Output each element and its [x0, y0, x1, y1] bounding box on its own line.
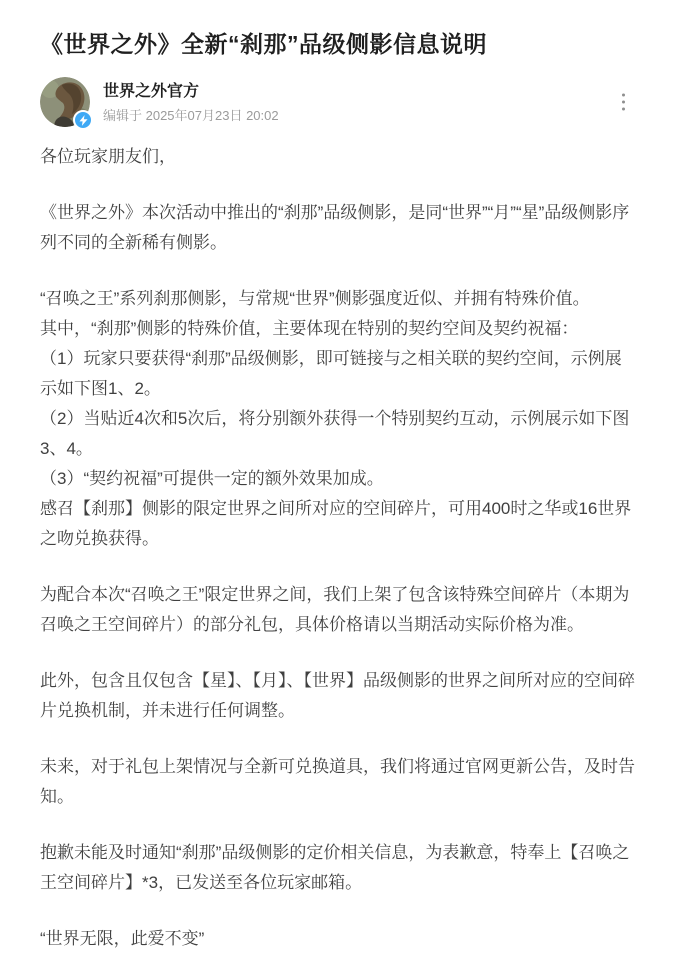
paragraph: 《世界之外》本次活动中推出的“刹那”品级侧影，是同“世界”“月”“星”品级侧影序…: [40, 198, 638, 258]
author-row: 世界之外官方 编辑于 2025年07月23日 20:02: [40, 76, 638, 128]
post-page: 《世界之外》全新“刹那”品级侧影信息说明: [0, 0, 675, 954]
paragraph: 为配合本次“召唤之王”限定世界之间，我们上架了包含该特殊空间碎片（本期为召唤之王…: [40, 580, 638, 640]
paragraph: 此外，包含且仅包含【星】、【月】、【世界】品级侧影的世界之间所对应的空间碎片兑换…: [40, 666, 638, 726]
paragraph: “世界无限，此爱不变”: [40, 924, 638, 954]
page-title: 《世界之外》全新“刹那”品级侧影信息说明: [40, 30, 638, 58]
kebab-dot: [622, 101, 625, 104]
paragraph: 未来，对于礼包上架情况与全新可兑换道具，我们将通过官网更新公告，及时告知。: [40, 752, 638, 812]
author-info: 世界之外官方 编辑于 2025年07月23日 20:02: [103, 81, 279, 124]
paragraph: “召唤之王”系列刹那侧影，与常规“世界”侧影强度近似、并拥有特殊价值。其中，“刹…: [40, 284, 638, 554]
article-body: 各位玩家朋友们，《世界之外》本次活动中推出的“刹那”品级侧影，是同“世界”“月”…: [40, 142, 638, 954]
author-name[interactable]: 世界之外官方: [103, 81, 279, 103]
more-options-button[interactable]: [617, 89, 630, 116]
lightning-icon: [79, 115, 88, 126]
edit-timestamp: 编辑于 2025年07月23日 20:02: [103, 107, 279, 124]
avatar[interactable]: [40, 77, 90, 127]
official-badge: [73, 110, 93, 130]
paragraph: 各位玩家朋友们，: [40, 142, 638, 172]
paragraph: 抱歉未能及时通知“刹那”品级侧影的定价相关信息，为表歉意，特奉上【召唤之王空间碎…: [40, 838, 638, 898]
kebab-dot: [622, 108, 625, 111]
kebab-dot: [622, 94, 625, 97]
